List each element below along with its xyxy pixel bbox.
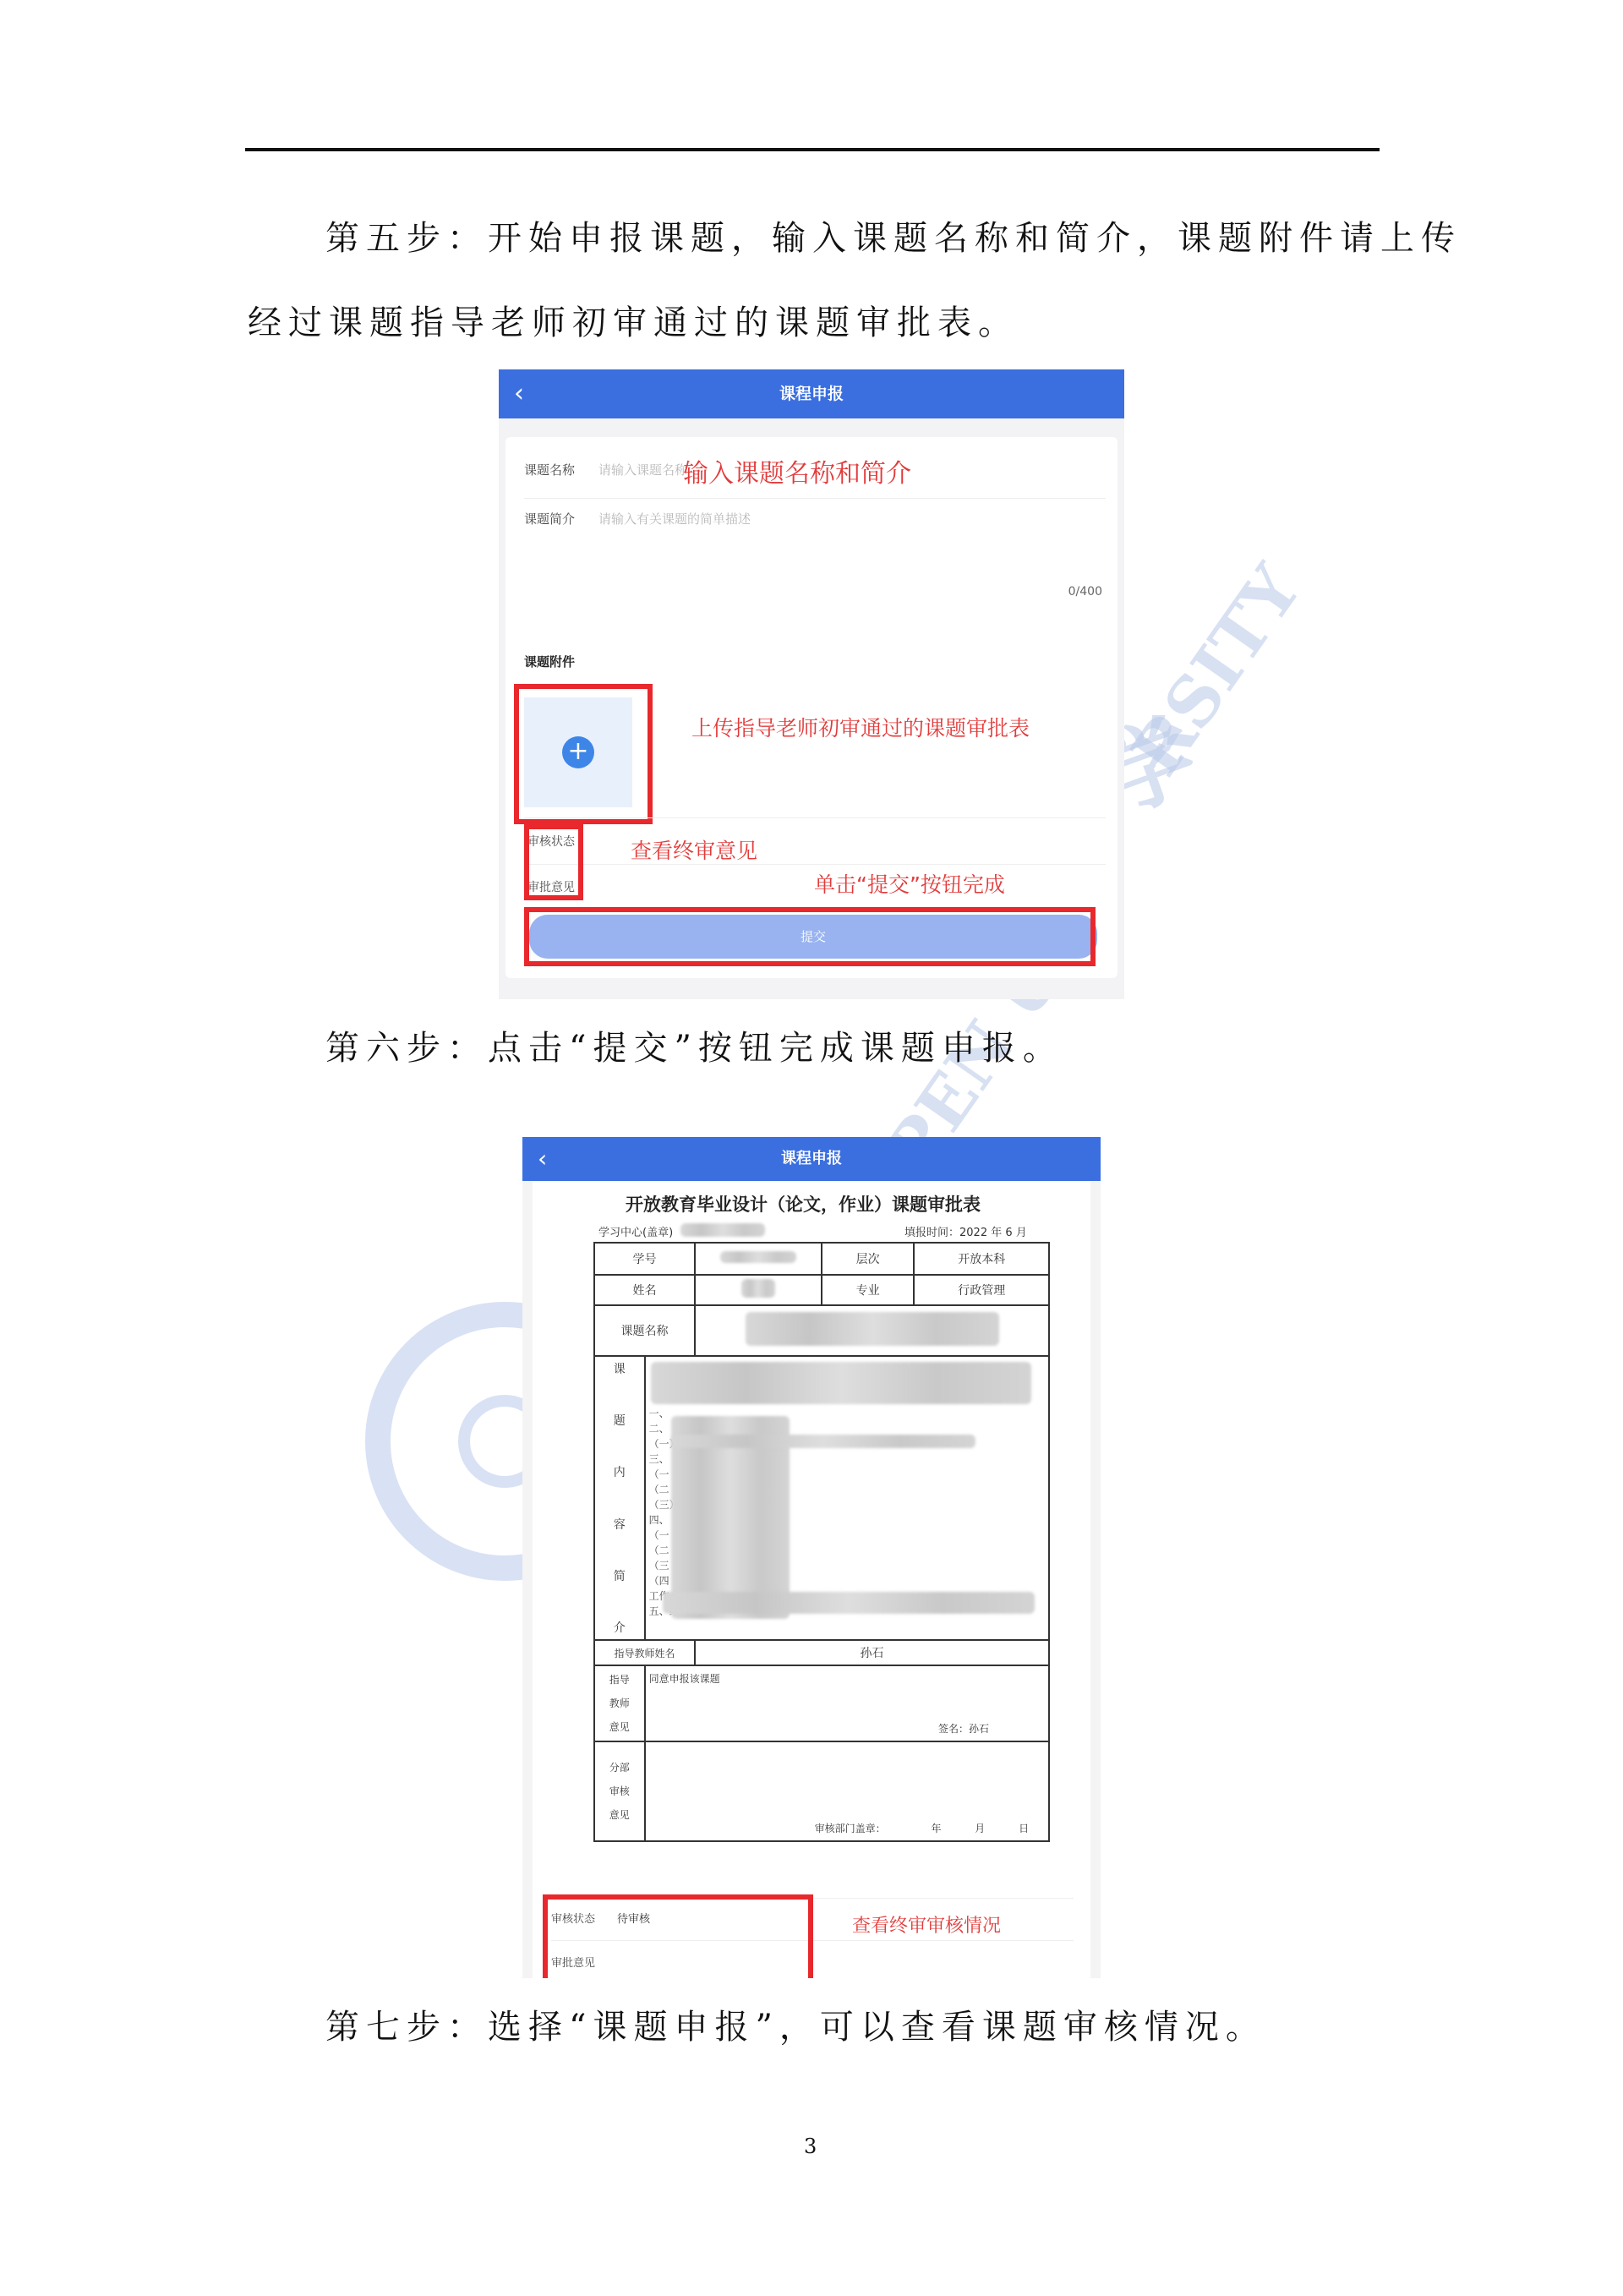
screenshot-approval-form: ‹ 课程申报 开放教育毕业设计（论文，作业）课题审批表 学习中心(盖章) 填报时… <box>522 1137 1101 1978</box>
divider <box>524 498 1106 499</box>
highlight-box-review <box>524 824 583 900</box>
content-intro-label: 课题内容简介 <box>594 1356 645 1640</box>
approval-table: 学号 层次 开放本科 姓名 专业 行政管理 课题名称 课题内容简介 <box>593 1242 1050 1842</box>
study-center-label: 学习中心(盖章) <box>598 1223 673 1239</box>
topic-intro-textarea[interactable]: 请输入有关课题的简单描述 <box>598 510 1097 594</box>
topic-name-input[interactable]: 请输入课题名称 <box>598 461 687 478</box>
divider <box>524 864 1106 865</box>
redacted-center <box>680 1223 765 1237</box>
char-count: 0/400 <box>1068 585 1102 599</box>
annotation-input-note: 输入课题名称和简介 <box>683 452 911 489</box>
advisor-opinion-text: 同意申报该课题 <box>646 1666 1048 1686</box>
label-line: 意见 <box>595 1715 644 1739</box>
app-bar-title: 课程申报 <box>779 385 844 403</box>
form-image: 开放教育毕业设计（论文，作业）课题审批表 学习中心(盖章) 填报时间：2022 … <box>533 1181 1090 1925</box>
divider <box>524 817 1106 818</box>
chevron-left-icon[interactable]: ‹ <box>514 369 524 418</box>
fill-date: 填报时间：2022 年 6 月 <box>904 1223 1027 1239</box>
advisor-name-label: 指导教师姓名 <box>594 1640 695 1665</box>
advisor-name-value: 孙石 <box>695 1640 1049 1665</box>
paragraph-step5-line2: 经过课题指导老师初审通过的课题审批表。 <box>248 306 1019 340</box>
form-title: 开放教育毕业设计（论文，作业）课题审批表 <box>626 1191 981 1216</box>
app-bar: ‹ 课程申报 <box>522 1137 1101 1181</box>
level-value: 开放本科 <box>914 1243 1049 1275</box>
name-value <box>695 1275 822 1305</box>
student-id-label: 学号 <box>594 1243 695 1275</box>
annotation-submit-note: 单击“提交”按钮完成 <box>814 868 1005 899</box>
date-year: 年 <box>931 1823 941 1834</box>
branch-stamp-label: 审核部门盖章： <box>815 1823 886 1834</box>
topic-name-value <box>695 1305 1049 1356</box>
advisor-signature: 签名：孙石 <box>938 1721 989 1736</box>
highlight-box-upload <box>514 684 653 824</box>
major-label: 专业 <box>822 1275 915 1305</box>
content-label-char: 容 <box>595 1519 644 1531</box>
highlight-box-submit <box>524 907 1096 966</box>
content-label-char: 介 <box>595 1622 644 1634</box>
annotation-review-note: 查看终审意见 <box>631 834 757 865</box>
annotation-upload-note: 上传指导老师初审通过的课题审批表 <box>691 712 1030 742</box>
label-line: 审核 <box>595 1779 644 1803</box>
status-panel: 审核状态 待审核 查看终审审核情况 审批意见 <box>533 1881 1090 1978</box>
topic-name-label: 课题名称 <box>524 461 575 478</box>
branch-opinion-label: 分部审核意见 <box>594 1741 645 1841</box>
content-intro-value: 一、二、（一）三、（一（二（三）四、（一（二（三（四工作五、结论 <box>645 1356 1049 1640</box>
label-line: 教师 <box>595 1692 644 1715</box>
content-label-char: 简 <box>595 1571 644 1583</box>
label-line: 指导 <box>595 1668 644 1692</box>
annotation-status-note: 查看终审审核情况 <box>852 1911 1001 1938</box>
date-day: 日 <box>1019 1823 1029 1834</box>
paragraph-step6: 第六步：点击“提交”按钮完成课题申报。 <box>325 1031 1063 1065</box>
header-rule <box>245 148 1380 151</box>
major-value: 行政管理 <box>914 1275 1049 1305</box>
date-month: 月 <box>975 1823 985 1834</box>
topic-intro-label: 课题简介 <box>524 510 575 528</box>
branch-opinion: 审核部门盖章： 年 月 日 <box>645 1741 1049 1841</box>
chevron-left-icon[interactable]: ‹ <box>538 1137 547 1181</box>
form-card: 课题名称 请输入课题名称 输入课题名称和简介 课题简介 请输入有关课题的简单描述… <box>505 437 1118 978</box>
content-label-char: 内 <box>595 1467 644 1479</box>
label-line: 意见 <box>595 1803 644 1827</box>
student-id-value <box>695 1243 822 1275</box>
content-label-char: 课 <box>595 1364 644 1375</box>
paragraph-step7: 第七步：选择“课题申报”，可以查看课题审核情况。 <box>325 2010 1266 2044</box>
attachment-label: 课题附件 <box>524 653 575 670</box>
paragraph-step5-line1: 第五步：开始申报课题，输入课题名称和简介，课题附件请上传 <box>325 221 1462 255</box>
screenshot-course-application-form: ‹ 课程申报 课题名称 请输入课题名称 输入课题名称和简介 课题简介 请输入有关… <box>499 369 1124 999</box>
advisor-opinion-label: 指导教师意见 <box>594 1665 645 1741</box>
app-bar: ‹ 课程申报 <box>499 369 1124 418</box>
highlight-box-status <box>543 1894 813 1978</box>
page-number: 3 <box>804 2135 817 2158</box>
label-line: 分部 <box>595 1756 644 1779</box>
topic-name-label: 课题名称 <box>594 1305 695 1356</box>
name-label: 姓名 <box>594 1275 695 1305</box>
app-bar-title: 课程申报 <box>781 1150 842 1167</box>
level-label: 层次 <box>822 1243 915 1275</box>
content-label-char: 题 <box>595 1415 644 1427</box>
advisor-opinion: 同意申报该课题 签名：孙石 <box>645 1665 1049 1741</box>
